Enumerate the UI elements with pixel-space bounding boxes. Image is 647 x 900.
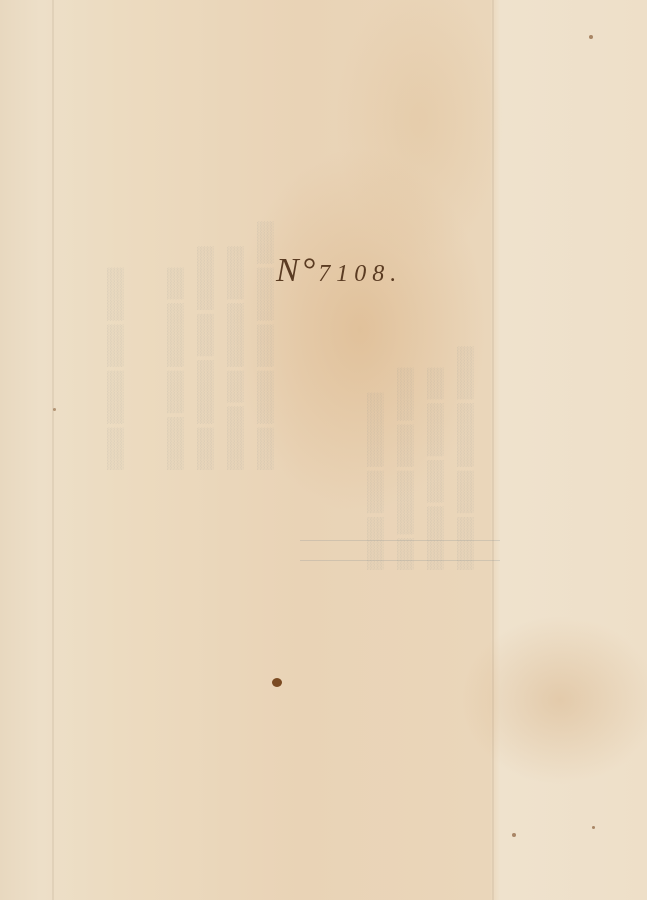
ink-spot [272, 678, 282, 687]
bleed-through-text: ▒▒▒▒▒ ▒▒▒▒ ▒▒▒▒▒▒ ▒▒▒ [160, 267, 190, 470]
inventory-number: 7108. [318, 261, 402, 287]
number-prefix: N° [276, 252, 318, 289]
bleed-through-text: ▒▒▒▒ ▒▒▒▒▒▒ ▒▒▒▒ ▒▒▒▒▒▒ [190, 246, 220, 470]
bleed-through-text: ▒▒▒▒▒ ▒▒▒▒ ▒▒▒▒▒▒ ▒▒▒▒▒ [450, 346, 480, 570]
foxing-spot [53, 408, 56, 411]
paper-fold-line [52, 0, 54, 900]
bleed-through-text: ▒▒▒▒▒▒ ▒▒▒▒ ▒▒▒▒▒ ▒▒▒ [420, 367, 450, 570]
handwritten-inventory-number: N°7108. [276, 252, 402, 290]
bleed-through-text: ▒▒▒▒▒ ▒▒▒▒ ▒▒▒▒▒▒▒ [360, 392, 390, 570]
bleed-through-text: ▒▒▒ ▒▒▒▒▒▒ ▒▒▒▒ ▒▒▒▒▒ [390, 367, 420, 570]
foxing-spot [512, 833, 516, 837]
bleed-through-text: ▒▒▒▒ ▒▒▒▒▒ ▒▒▒▒ ▒▒▒▒▒ [100, 267, 130, 470]
bleed-through-text: ▒▒▒▒▒▒ ▒▒▒ ▒▒▒▒▒▒ ▒▒▒▒▒ [220, 246, 250, 470]
aged-paper-background [0, 0, 647, 900]
paper-fold-line [492, 0, 494, 900]
foxing-spot [589, 35, 593, 39]
foxing-spot [592, 826, 595, 829]
